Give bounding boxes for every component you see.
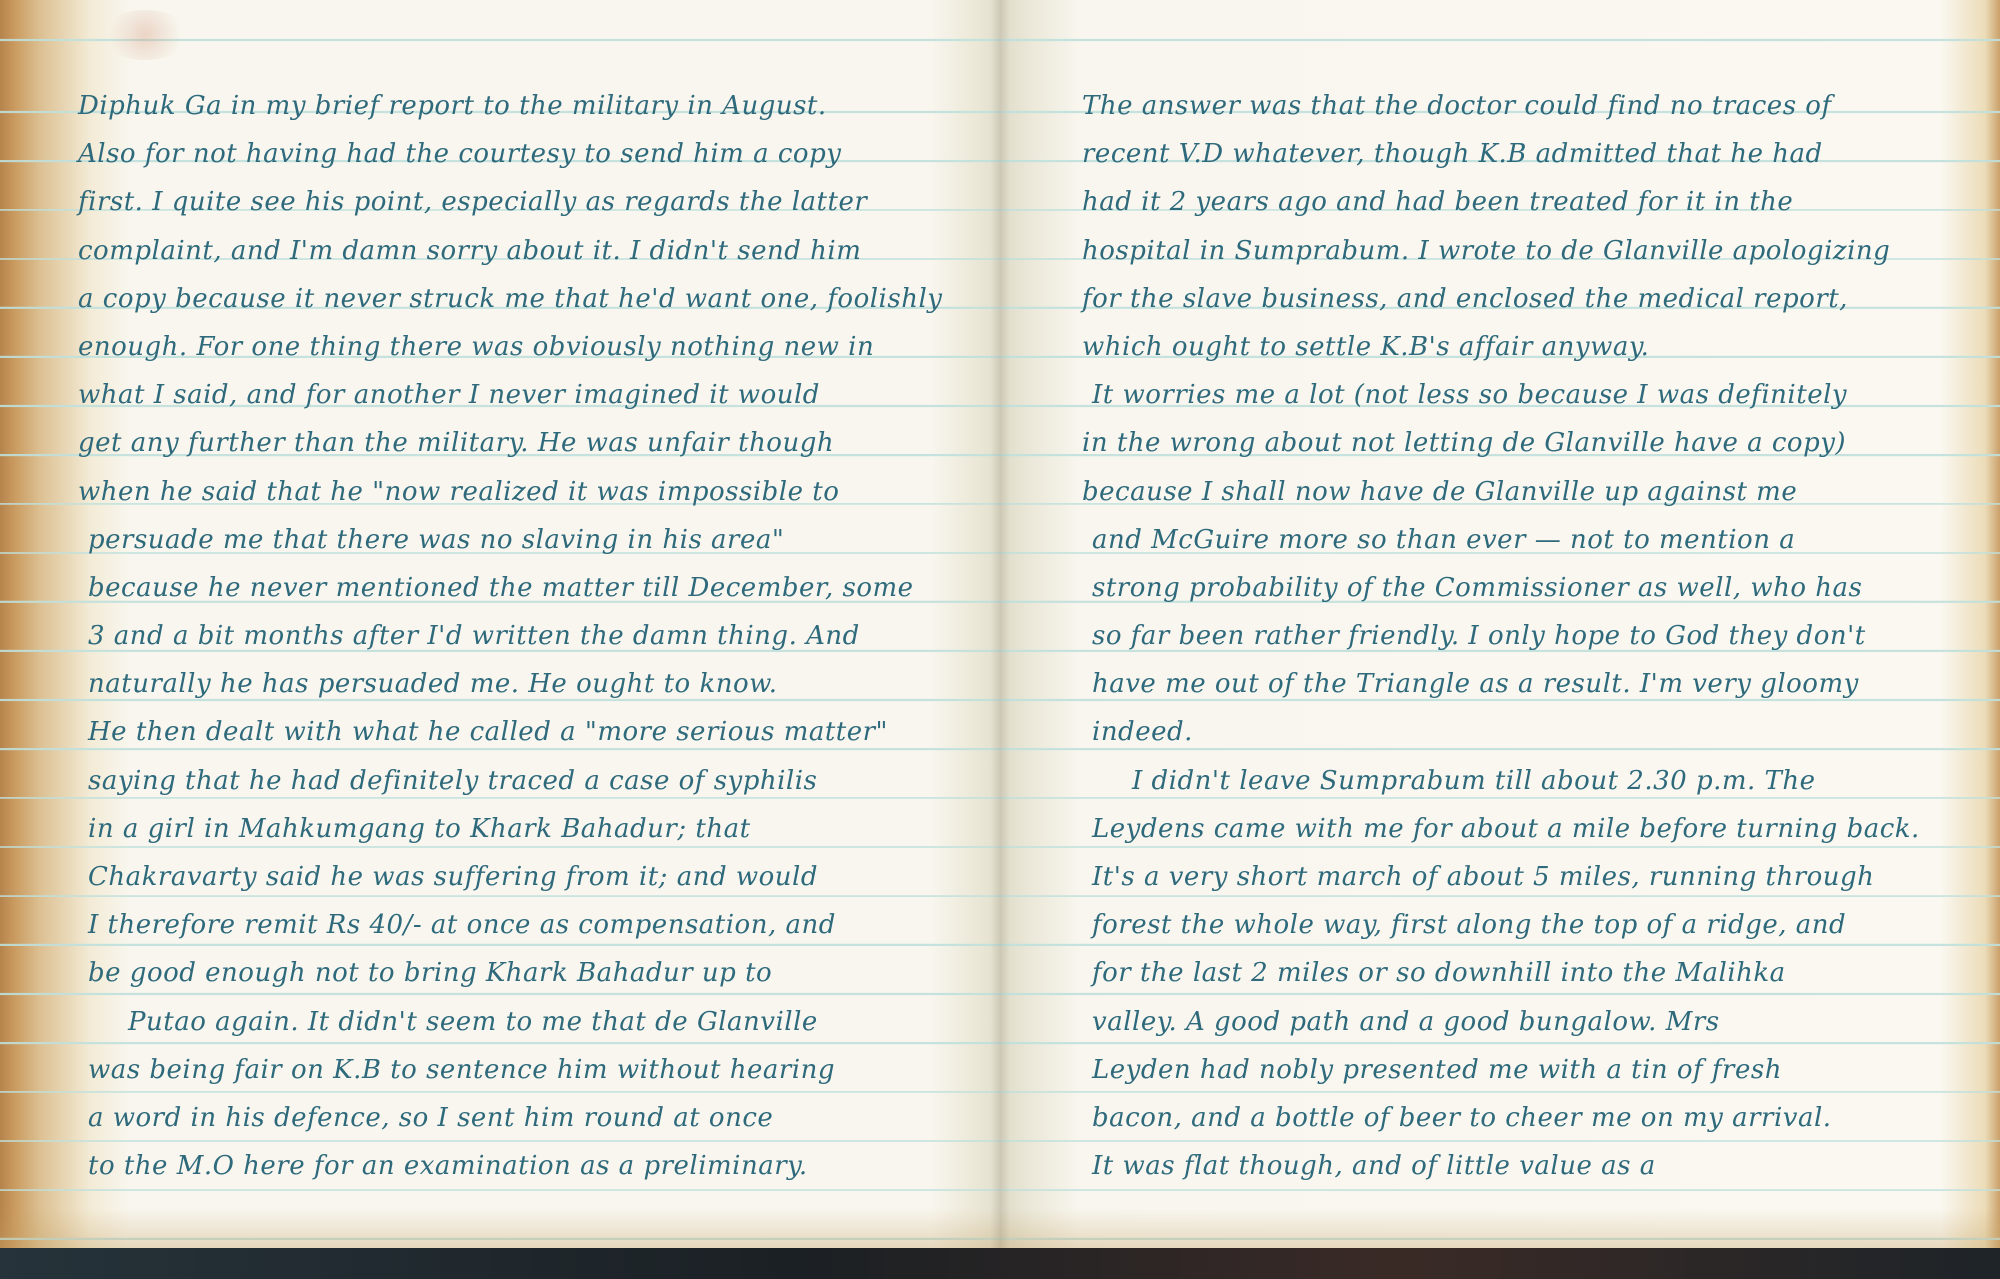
text-line: in a girl in Mahkumgang to Khark Bahadur…: [78, 805, 978, 853]
text-line: because he never mentioned the matter ti…: [78, 564, 978, 612]
text-line: He then dealt with what he called a "mor…: [78, 708, 978, 756]
text-line: get any further than the military. He wa…: [78, 419, 978, 467]
text-line: enough. For one thing there was obviousl…: [78, 323, 978, 371]
text-line: which ought to settle K.B's affair anywa…: [1082, 323, 1982, 371]
text-line: 3 and a bit months after I'd written the…: [78, 612, 978, 660]
text-line: Also for not having had the courtesy to …: [78, 130, 978, 178]
text-line: complaint, and I'm damn sorry about it. …: [78, 227, 978, 275]
text-line: Putao again. It didn't seem to me that d…: [78, 998, 978, 1046]
text-line: valley. A good path and a good bungalow.…: [1082, 998, 1982, 1046]
text-line: naturally he has persuaded me. He ought …: [78, 660, 978, 708]
text-line: first. I quite see his point, especially…: [78, 178, 978, 226]
text-line: I therefore remit Rs 40/- at once as com…: [78, 901, 978, 949]
text-line: for the slave business, and enclosed the…: [1082, 275, 1982, 323]
text-line: It's a very short march of about 5 miles…: [1082, 853, 1982, 901]
page-edge: [1000, 1208, 2000, 1248]
text-line: to the M.O here for an examination as a …: [78, 1142, 978, 1190]
text-line: The answer was that the doctor could fin…: [1082, 82, 1982, 130]
text-line: recent V.D whatever, though K.B admitted…: [1082, 130, 1982, 178]
text-line: when he said that he "now realized it wa…: [78, 468, 978, 516]
text-line: in the wrong about not letting de Glanvi…: [1082, 419, 1982, 467]
text-line: Leydens came with me for about a mile be…: [1082, 805, 1982, 853]
left-page-text: Diphuk Ga in my brief report to the mili…: [78, 82, 978, 1190]
text-line: persuade me that there was no slaving in…: [78, 516, 978, 564]
text-line: hospital in Sumprabum. I wrote to de Gla…: [1082, 227, 1982, 275]
background-surface: [0, 1248, 2000, 1279]
text-line: Diphuk Ga in my brief report to the mili…: [78, 82, 978, 130]
text-line: It worries me a lot (not less so because…: [1082, 371, 1982, 419]
paper-stain: [100, 10, 190, 60]
text-line: I didn't leave Sumprabum till about 2.30…: [1082, 757, 1982, 805]
text-line: so far been rather friendly. I only hope…: [1082, 612, 1982, 660]
page-edge: [0, 1208, 1000, 1248]
text-line: Chakravarty said he was suffering from i…: [78, 853, 978, 901]
text-line: a copy because it never struck me that h…: [78, 275, 978, 323]
text-line: a word in his defence, so I sent him rou…: [78, 1094, 978, 1142]
text-line: saying that he had definitely traced a c…: [78, 757, 978, 805]
text-line: for the last 2 miles or so downhill into…: [1082, 949, 1982, 997]
text-line: had it 2 years ago and had been treated …: [1082, 178, 1982, 226]
text-line: was being fair on K.B to sentence him wi…: [78, 1046, 978, 1094]
text-line: and McGuire more so than ever — not to m…: [1082, 516, 1982, 564]
left-page: Diphuk Ga in my brief report to the mili…: [0, 0, 1000, 1248]
text-line: what I said, and for another I never ima…: [78, 371, 978, 419]
text-line: Leyden had nobly presented me with a tin…: [1082, 1046, 1982, 1094]
text-line: strong probability of the Commissioner a…: [1082, 564, 1982, 612]
text-line: It was flat though, and of little value …: [1082, 1142, 1982, 1190]
text-line: forest the whole way, first along the to…: [1082, 901, 1982, 949]
text-line: be good enough not to bring Khark Bahadu…: [78, 949, 978, 997]
notebook-spread: Diphuk Ga in my brief report to the mili…: [0, 0, 2000, 1248]
right-page-text: The answer was that the doctor could fin…: [1082, 82, 1982, 1190]
text-line: have me out of the Triangle as a result.…: [1082, 660, 1982, 708]
book-spine-gutter: [990, 0, 1010, 1248]
text-line: because I shall now have de Glanville up…: [1082, 468, 1982, 516]
right-page: The answer was that the doctor could fin…: [1000, 0, 2000, 1248]
text-line: bacon, and a bottle of beer to cheer me …: [1082, 1094, 1982, 1142]
text-line: indeed.: [1082, 708, 1982, 756]
